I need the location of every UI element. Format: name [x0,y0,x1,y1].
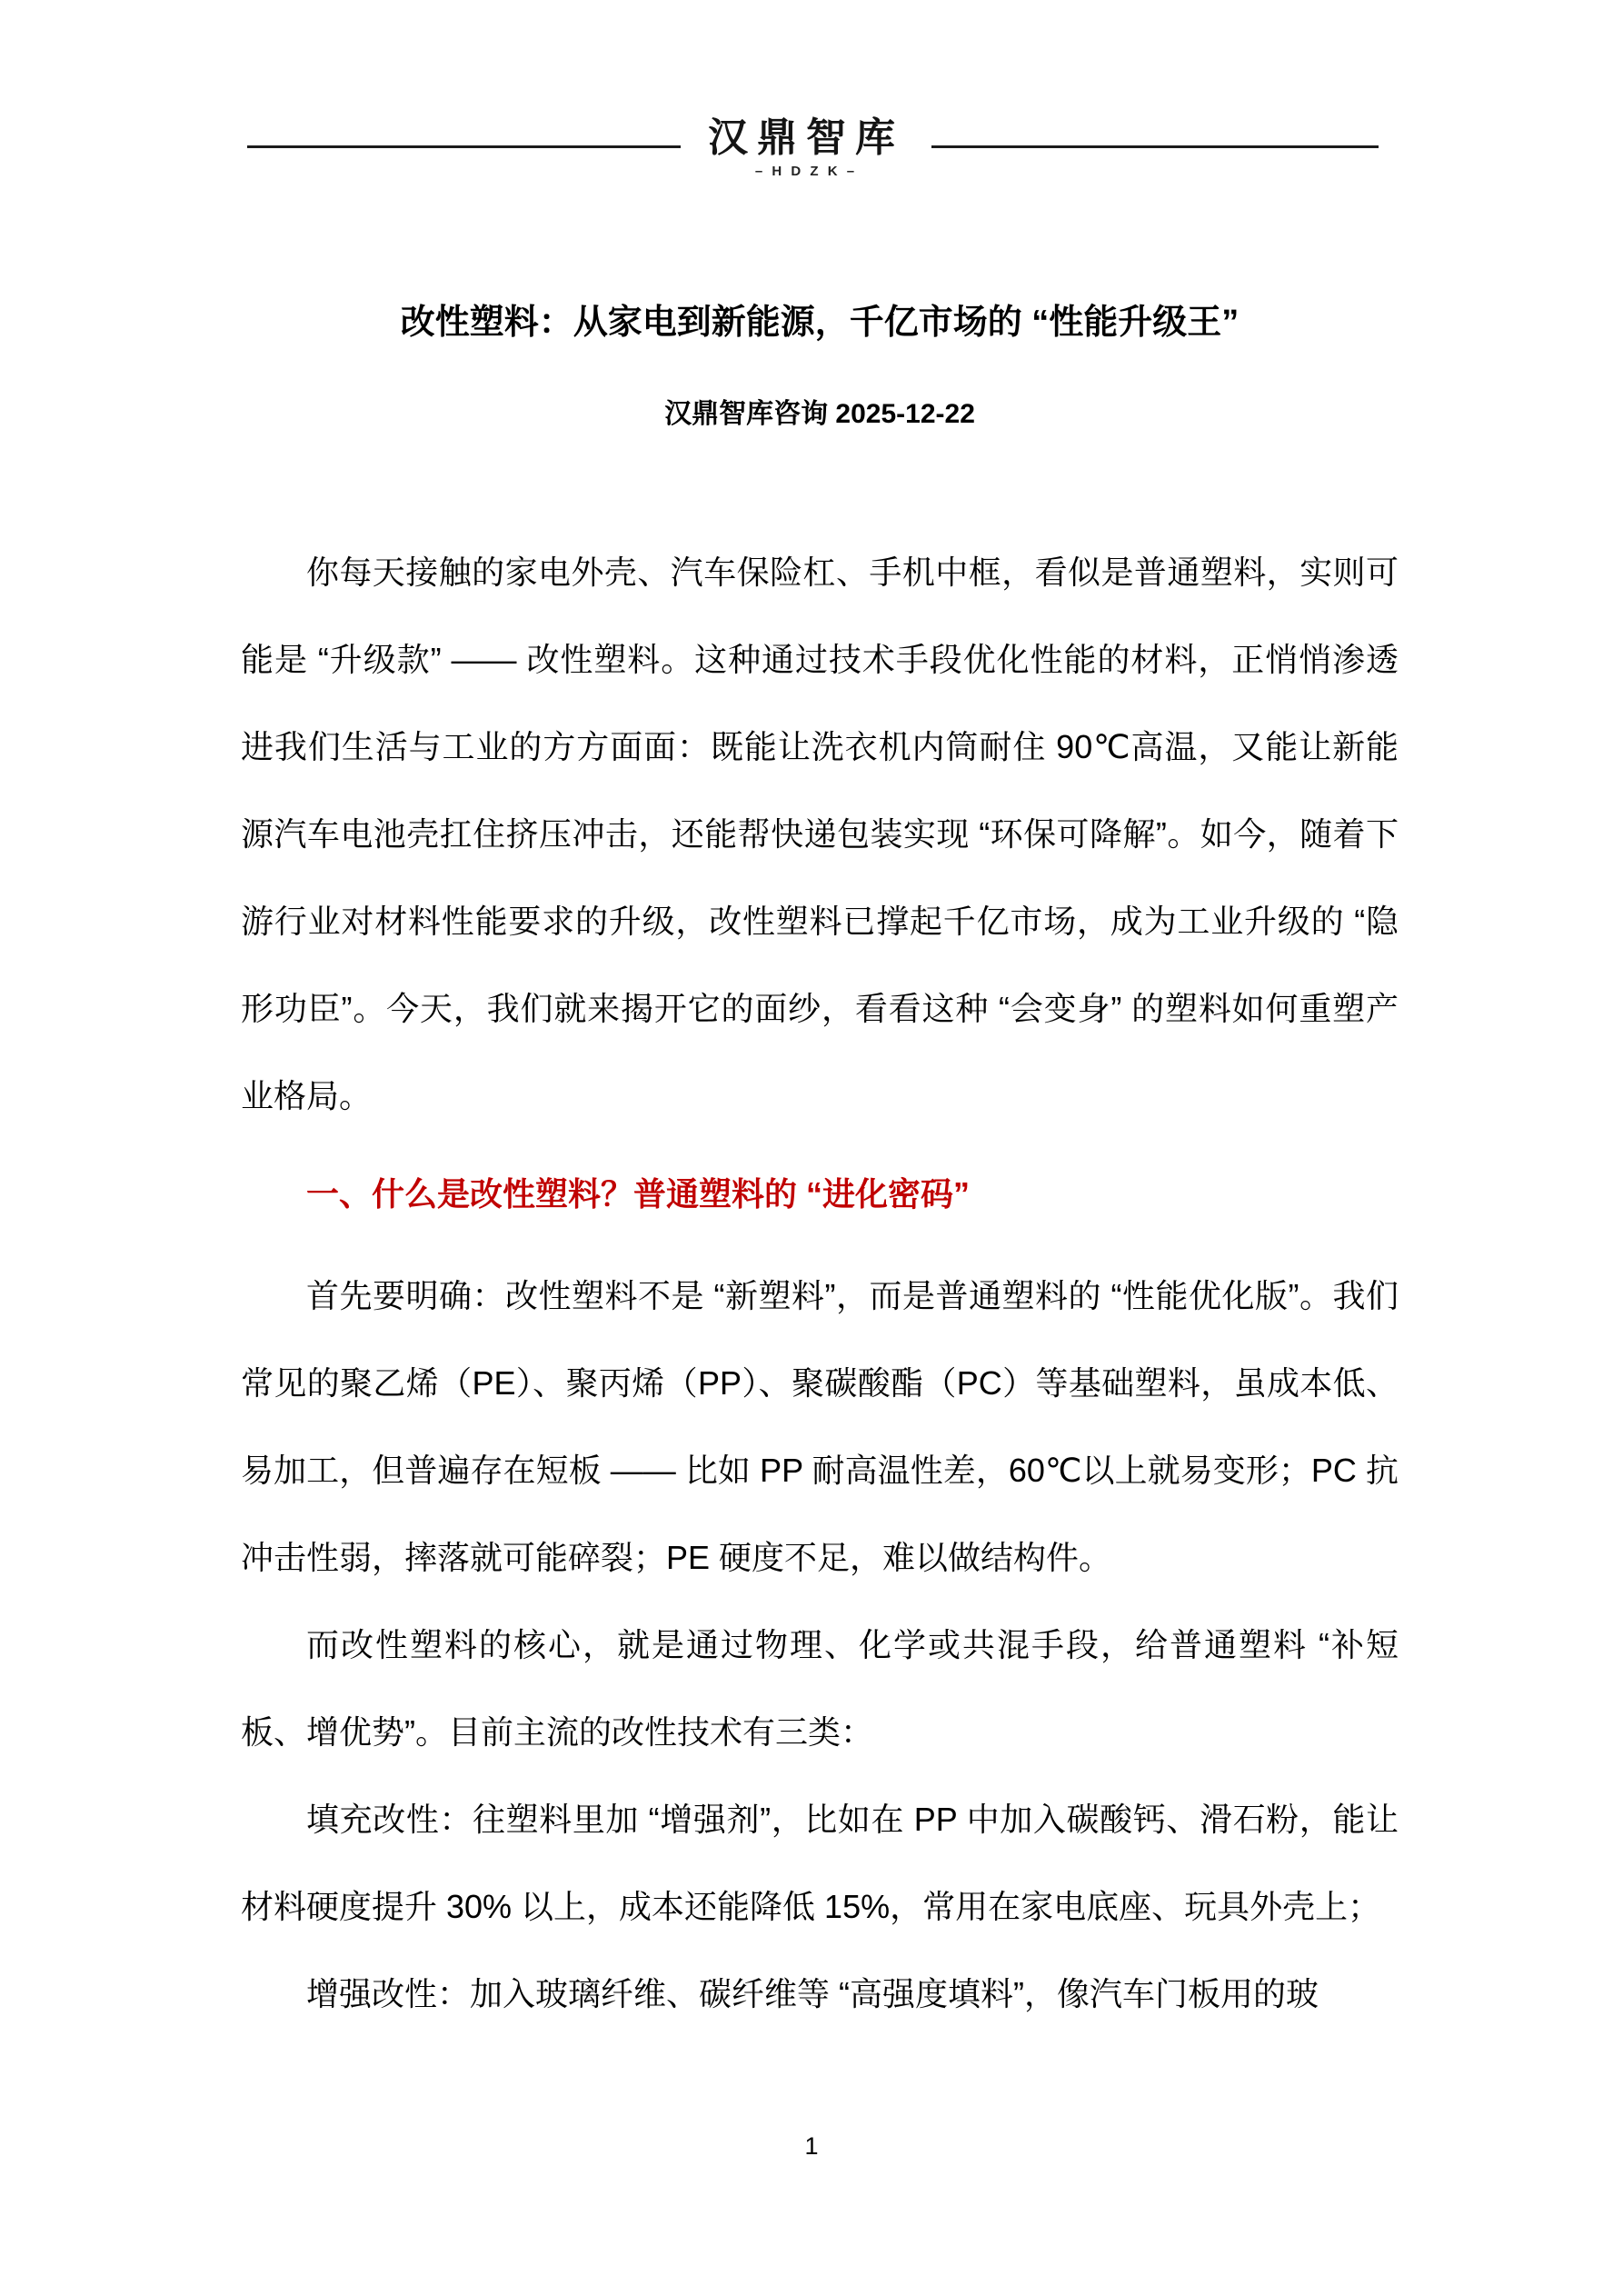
paragraph-core-methods: 而改性塑料的核心，就是通过物理、化学或共混手段，给普通塑料 “补短板、增优势”。… [241,1602,1399,1776]
paragraph-definition: 首先要明确：改性塑料不是 “新塑料”，而是普通塑料的 “性能优化版”。我们常见的… [241,1253,1399,1602]
article-body: 改性塑料：从家电到新能源，千亿市场的 “性能升级王” 汉鼎智库咨询 2025-1… [241,0,1399,2038]
page-number: 1 [0,2131,1623,2161]
document-page: 汉鼎智库 – H D Z K – 改性塑料：从家电到新能源，千亿市场的 “性能升… [0,0,1623,2296]
article-byline: 汉鼎智库咨询 2025-12-22 [241,396,1399,433]
paragraph-intro: 你每天接触的家电外壳、汽车保险杠、手机中框，看似是普通塑料，实则可能是 “升级款… [241,529,1399,1140]
section-heading: 一、什么是改性塑料？普通塑料的 “进化密码” [241,1151,1399,1238]
paragraph-reinforcement-modification: 增强改性：加入玻璃纤维、碳纤维等 “高强度填料”，像汽车门板用的玻 [241,1951,1399,2038]
paragraph-filling-modification: 填充改性：往塑料里加 “增强剂”，比如在 PP 中加入碳酸钙、滑石粉，能让材料硬… [241,1776,1399,1951]
logo: 汉鼎智库 – H D Z K – [681,115,931,185]
logo-subtitle: – H D Z K – [708,164,904,180]
article-title: 改性塑料：从家电到新能源，千亿市场的 “性能升级王” [241,300,1399,345]
logo-title: 汉鼎智库 [708,115,904,162]
